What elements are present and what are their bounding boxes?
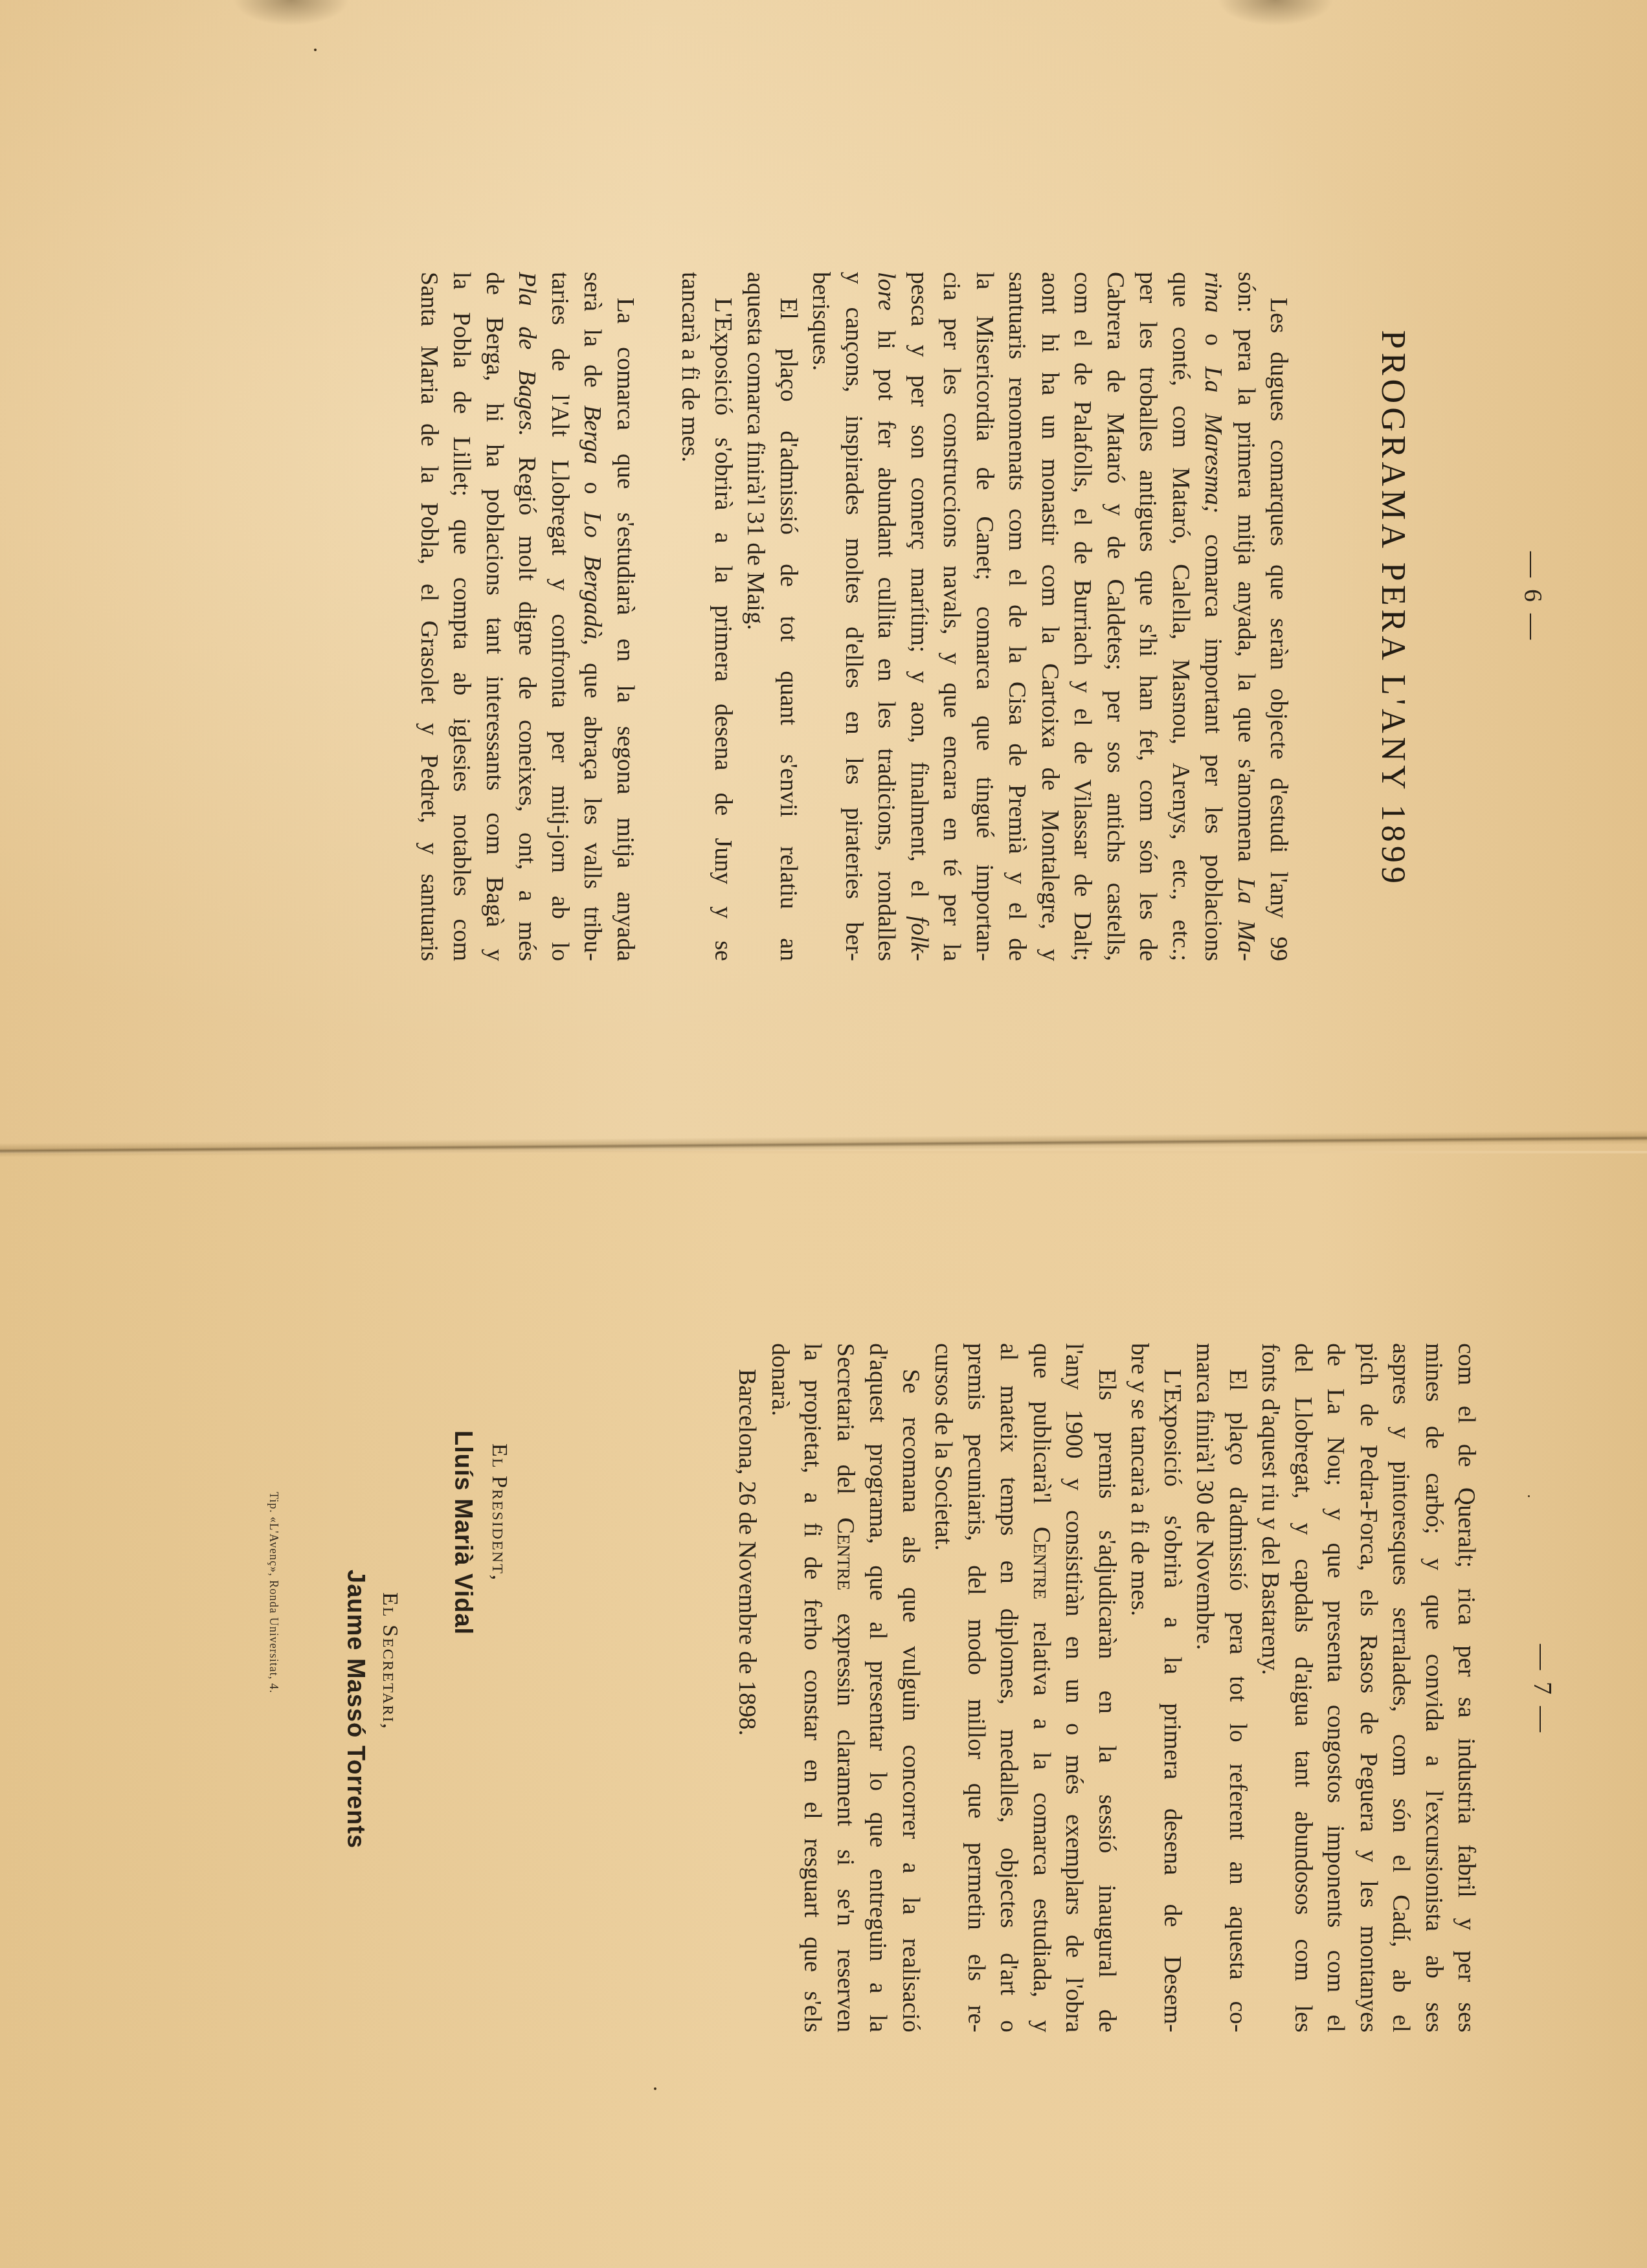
binding-shadow <box>1217 0 1334 26</box>
text-line: la Pobla de Lillet; que compta ab iglesi… <box>445 272 478 961</box>
text-line: pich de Pedra-Forca, els Rasos de Peguer… <box>1352 1343 1385 2032</box>
text-segment: y cançons, inspirades moltes d'elles en … <box>840 272 868 961</box>
text-line: berisques. <box>805 272 838 961</box>
text-segment: El plaço d'admissió de tot quant s'envii… <box>775 298 802 961</box>
small-caps-text: Centre <box>832 1518 859 1590</box>
text-segment: la Pobla de Lillet; que compta ab iglesi… <box>448 272 475 961</box>
text-line: l'any 1900 y consistiràn en un o més exe… <box>1058 1343 1091 2032</box>
text-line: com el de Palafolls, el de Burriach y el… <box>1066 272 1099 961</box>
text-segment: o <box>1200 313 1227 366</box>
text-segment: Regió molt digne de coneixes, ont, a més <box>513 436 541 961</box>
page-6-body: Les dugues comarques que seràn objecte d… <box>240 272 1295 961</box>
text-segment: com el de Palafolls, el de Burriach y el… <box>1069 272 1096 961</box>
text-line: del Llobregat, y capdals d'aigua tant ab… <box>1286 1343 1319 2032</box>
text-line: rina o La Maresma; comarca important per… <box>1197 272 1230 961</box>
text-segment: expressin clarament si se'n reserven <box>832 1590 859 2032</box>
text-line: aquesta comarca finirà'l 31 de Maig. <box>739 272 772 961</box>
text-line: Santa Maria de la Pobla, el Grasolet y P… <box>412 272 445 961</box>
text-line: com el de Queralt; rica per sa industria… <box>1450 1343 1483 2032</box>
text-line: que publicarà'l Centre relativa a la com… <box>1025 1343 1058 2032</box>
text-segment: al mateix temps en diplomes, medalles, o… <box>995 1343 1022 2032</box>
italic-text: folk- <box>906 916 933 961</box>
text-segment: Secretaria del <box>832 1343 859 1518</box>
text-segment: comarca important per les poblacions <box>1200 513 1227 961</box>
printer-imprint: Tip. «L'Avenç», Ronda Universitat, 4. <box>267 1492 280 1693</box>
text-segment: l'any 1900 y consistiràn en un o més exe… <box>1060 1343 1088 2032</box>
italic-text: rina <box>1200 272 1227 313</box>
text-segment: que conté, com Mataró, Calella, Masnou, … <box>1167 272 1194 961</box>
text-line: bre y se tancarà a fi de mes. <box>1123 1343 1156 2032</box>
page-7-body: com el de Queralt; rica per sa industria… <box>615 1343 1483 2032</box>
text-segment: premis pecuniaris, del modo millor que p… <box>963 1343 990 2032</box>
text-segment: Barcelona, 26 de Novembre de 1898. <box>734 1369 761 1736</box>
text-line: Les dugues comarques que seràn objecte d… <box>1262 272 1295 961</box>
text-line: cia per les construccions navals, y que … <box>936 272 969 961</box>
paper-speck <box>654 2087 656 2090</box>
text-line: L'Exposició s'obrirà a la primera desena… <box>706 272 739 961</box>
text-line: pesca y per son comerç marítim; y aon, f… <box>902 272 936 961</box>
text-segment: bre y se tancarà a fi de mes. <box>1126 1343 1153 1616</box>
paper-speck <box>314 49 317 51</box>
text-segment: taries de l'Alt Llobregat y confronta pe… <box>546 272 574 961</box>
text-line: serà la de Berga o Lo Bergadà, que abraç… <box>576 272 609 961</box>
text-line: són: pera la primera mitja anyada, la qu… <box>1229 272 1262 961</box>
text-segment: berisques. <box>807 272 835 371</box>
text-segment: Santa Maria de la Pobla, el Grasolet y P… <box>416 272 443 961</box>
text-line: Cabrera de Mataró y de Caldetes; per sos… <box>1099 272 1132 961</box>
text-line: santuaris renomenats com el de la Cisa d… <box>1001 272 1034 961</box>
secretary-name: Jaume Massó Torrents <box>341 1570 369 1849</box>
text-line: aspres y pintoresques serralades, com só… <box>1385 1343 1418 2032</box>
text-line: Pla de Bages. Regió molt digne de coneix… <box>511 272 544 961</box>
text-segment: del Llobregat, y capdals d'aigua tant ab… <box>1290 1343 1317 2032</box>
text-line: tancarà a fi de mes. <box>674 272 707 961</box>
text-line: de Berga, hi ha poblacions tant interess… <box>478 272 511 961</box>
text-segment: que publicarà'l <box>1028 1343 1055 1527</box>
text-segment: cia per les construccions navals, y que … <box>938 272 965 961</box>
text-segment: són: pera la primera mitja anyada, la qu… <box>1233 272 1260 878</box>
text-segment: L'Exposició s'obrirà a la primera desena… <box>710 298 737 961</box>
text-segment: la Misericordia de Canet; comarca que ti… <box>971 272 998 961</box>
page-title: PROGRAMA PERA L'ANY 1899 <box>1374 330 1412 887</box>
text-line: lore hi pot fer abundant cullita en les … <box>870 272 903 961</box>
secretary-role: El Secretari, <box>377 1592 402 1730</box>
page-number-7: — 7 — <box>1528 1644 1558 1735</box>
text-line: taries de l'Alt Llobregat y confronta pe… <box>543 272 576 961</box>
italic-text: La Maresma; <box>1200 366 1227 513</box>
text-segment: de La Nou; y que presenta congostos impo… <box>1322 1343 1349 2032</box>
text-line: que conté, com Mataró, Calella, Masnou, … <box>1164 272 1197 961</box>
italic-text: Berga <box>579 405 606 464</box>
italic-text: Pla de Bages. <box>513 272 541 436</box>
text-segment: per les troballes antigues que s'hi han … <box>1134 272 1161 961</box>
text-line: Se recomana als que vulguin concorrer a … <box>894 1343 927 2032</box>
page-number-6: — 6 — <box>1518 551 1549 642</box>
text-line: de La Nou; y que presenta congostos impo… <box>1319 1343 1352 2032</box>
text-segment: L'Exposició s'obrirà a la primera desena… <box>1159 1369 1186 2032</box>
text-segment: la propietat, a fi de ferho constar en e… <box>799 1343 826 2032</box>
text-segment: Cabrera de Mataró y de Caldetes; per sos… <box>1102 272 1129 961</box>
italic-text: Lo Bergadà, <box>579 512 606 645</box>
text-segment: El plaço d'admissió pera tot lo referent… <box>1224 1369 1251 2032</box>
paper-speck <box>1528 1495 1530 1497</box>
president-role: El President, <box>487 1443 511 1581</box>
text-segment: Els premis s'adjudicaràn en la sessió in… <box>1093 1369 1121 2032</box>
text-line: fonts d'aquest riu y del Bastareny. <box>1254 1343 1287 2032</box>
text-segment: o <box>579 464 606 511</box>
text-segment: relativa a la comarca estudiada, y <box>1028 1599 1055 2032</box>
text-line: cursos de la Societat. <box>927 1343 960 2032</box>
text-segment: aquesta comarca finirà'l 31 de Maig. <box>742 272 769 630</box>
text-segment: donarà. <box>767 1343 794 1416</box>
text-line: per les troballes antigues que s'hi han … <box>1132 272 1165 961</box>
italic-text: La Ma- <box>1233 878 1260 961</box>
text-segment: aont hi ha un monastir com la Cartoixa d… <box>1036 272 1064 961</box>
text-line: marca finirà'l 30 de Novembre. <box>1189 1343 1222 2032</box>
text-line: al mateix temps en diplomes, medalles, o… <box>992 1343 1025 2032</box>
text-segment: Se recomana als que vulguin concorrer a … <box>897 1369 924 2032</box>
text-line: mines de carbó; y que convida a l'excurs… <box>1417 1343 1450 2032</box>
text-line: d'aquest programa, que al presentar lo q… <box>862 1343 895 2032</box>
text-line: Secretaria del Centre expressin claramen… <box>829 1343 862 2032</box>
text-line: premis pecuniaris, del modo millor que p… <box>959 1343 992 2032</box>
binding-shadow <box>233 0 350 26</box>
text-segment: serà la de <box>579 272 606 405</box>
text-segment: fonts d'aquest riu y del Bastareny. <box>1257 1343 1284 1675</box>
text-segment: tancarà a fi de mes. <box>677 272 704 462</box>
text-segment: pich de Pedra-Forca, els Rasos de Peguer… <box>1355 1343 1382 2032</box>
text-line: Barcelona, 26 de Novembre de 1898. <box>731 1343 764 2032</box>
text-segment: pesca y per son comerç marítim; y aon, f… <box>906 272 933 916</box>
text-line: La comarca que s'estudiarà en la segona … <box>609 272 642 961</box>
text-segment: que abraça les valls tribu- <box>579 645 606 961</box>
text-segment: hi pot fer abundant cullita en les tradi… <box>873 311 900 961</box>
text-line: aont hi ha un monastir com la Cartoixa d… <box>1033 272 1066 961</box>
text-segment: com el de Queralt; rica per sa industria… <box>1453 1343 1480 2032</box>
text-line: y cançons, inspirades moltes d'elles en … <box>837 272 870 961</box>
text-line: El plaço d'admissió pera tot lo referent… <box>1221 1343 1254 2032</box>
text-line: donarà. <box>763 1343 796 2032</box>
text-segment: d'aquest programa, que al presentar lo q… <box>864 1343 891 2032</box>
president-name: Lluís Marià Vidal <box>449 1430 476 1635</box>
text-line: la propietat, a fi de ferho constar en e… <box>796 1343 829 2032</box>
text-segment: cursos de la Societat. <box>930 1343 957 1551</box>
italic-text: lore <box>873 272 900 311</box>
text-line: L'Exposició s'obrirà a la primera desena… <box>1156 1343 1189 2032</box>
text-line: la Misericordia de Canet; comarca que ti… <box>968 272 1001 961</box>
text-segment: santuaris renomenats com el de la Cisa d… <box>1003 272 1031 961</box>
text-segment: mines de carbó; y que convida a l'excurs… <box>1420 1343 1448 2032</box>
text-segment: de Berga, hi ha poblacions tant interess… <box>481 272 508 961</box>
text-segment: Les dugues comarques que seràn objecte d… <box>1265 298 1292 961</box>
text-segment: marca finirà'l 30 de Novembre. <box>1191 1343 1218 1650</box>
small-caps-text: Centre <box>1028 1527 1055 1599</box>
text-line: Els premis s'adjudicaràn en la sessió in… <box>1090 1343 1123 2032</box>
text-line: El plaço d'admissió de tot quant s'envii… <box>772 272 805 961</box>
text-segment: La comarca que s'estudiarà en la segona … <box>612 298 639 961</box>
text-segment: aspres y pintoresques serralades, com só… <box>1387 1343 1415 2032</box>
